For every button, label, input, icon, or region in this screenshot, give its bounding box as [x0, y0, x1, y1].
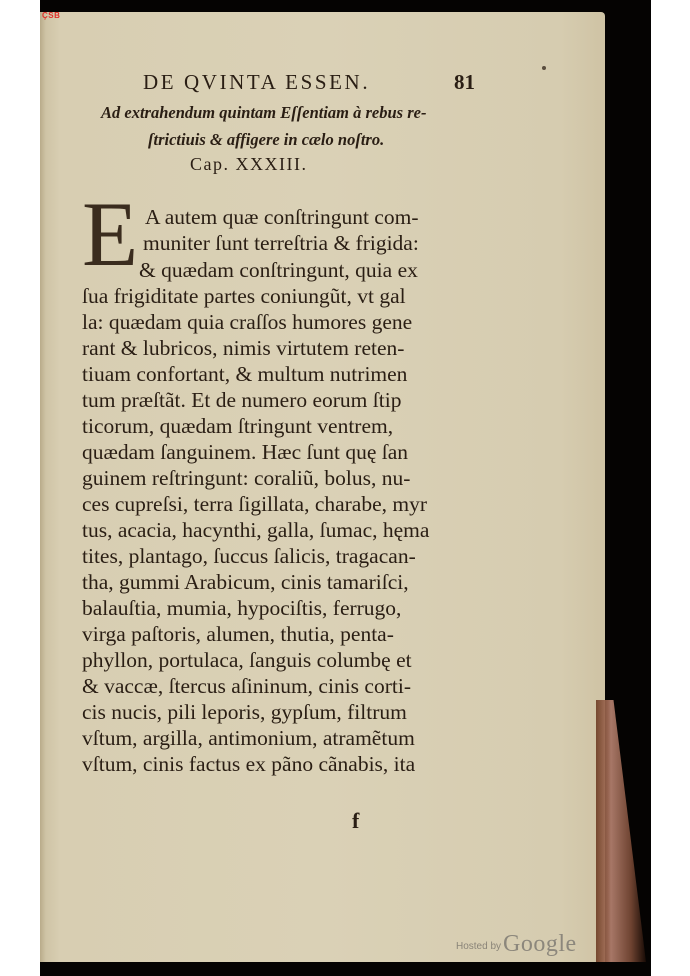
- body-line: tum præſtãt. Et de numero eorum ſtip: [82, 388, 401, 413]
- body-line: tiuam confortant, & multum nutrimen: [82, 362, 407, 387]
- body-line: ticorum, quædam ſtringunt ventrem,: [82, 414, 393, 439]
- google-watermark: Google: [503, 931, 577, 958]
- body-line: ces cupreſsi, terra ſigillata, charabe, …: [82, 492, 427, 517]
- library-stamp: ÇSB: [42, 11, 60, 20]
- running-head: DE QVINTA ESSEN.: [143, 70, 370, 95]
- body-line: muniter ſunt terreſtria & frigida:: [143, 231, 419, 256]
- body-line: phyllon, portulaca, ſanguis columbę et: [82, 648, 412, 673]
- body-line: la: quædam quia craſſos humores gene: [82, 310, 412, 335]
- body-line: & quædam conſtringunt, quia ex: [139, 258, 418, 283]
- catchword: f: [352, 808, 359, 834]
- body-line: cis nucis, pili leporis, gypſum, filtrum: [82, 700, 407, 725]
- body-line: balauſtia, mumia, hypociſtis, ferrugo,: [82, 596, 401, 621]
- body-line: vſtum, cinis factus ex pãno cãnabis, ita: [82, 752, 415, 777]
- body-line: A autem quæ conſtringunt com-: [145, 205, 419, 230]
- body-line: vſtum, argilla, antimonium, atramẽtum: [82, 726, 415, 751]
- body-line: & vaccæ, ſtercus aſininum, cinis corti-: [82, 674, 411, 699]
- chapter-number: Cap. XXXIII.: [190, 154, 307, 175]
- body-line: ſua frigiditate partes coniungũt, vt gal: [82, 284, 406, 309]
- chapter-title-line-2: ſtrictiuis & affigere in cælo noſtro.: [148, 130, 384, 150]
- body-line: quædam ſanguinem. Hæc ſunt quę ſan: [82, 440, 408, 465]
- hosted-by-label: Hosted by: [456, 941, 501, 952]
- body-line: tus, acacia, hacynthi, galla, ſumac, hęm…: [82, 518, 429, 543]
- drop-cap: E: [82, 188, 138, 280]
- chapter-title-line-1: Ad extrahendum quintam Eſſentiam à rebus…: [101, 103, 426, 123]
- body-line: virga paſtoris, alumen, thutia, penta-: [82, 622, 394, 647]
- body-line: tha, gummi Arabicum, cinis tamariſci,: [82, 570, 409, 595]
- body-line: rant & lubricos, nimis virtutem reten-: [82, 336, 404, 361]
- page-number: 81: [454, 70, 475, 95]
- body-line: tites, plantago, ſuccus ſalicis, tragaca…: [82, 544, 416, 569]
- paper-speck: [542, 66, 546, 70]
- body-line: guinem reſtringunt: coraliũ, bolus, nu-: [82, 466, 410, 491]
